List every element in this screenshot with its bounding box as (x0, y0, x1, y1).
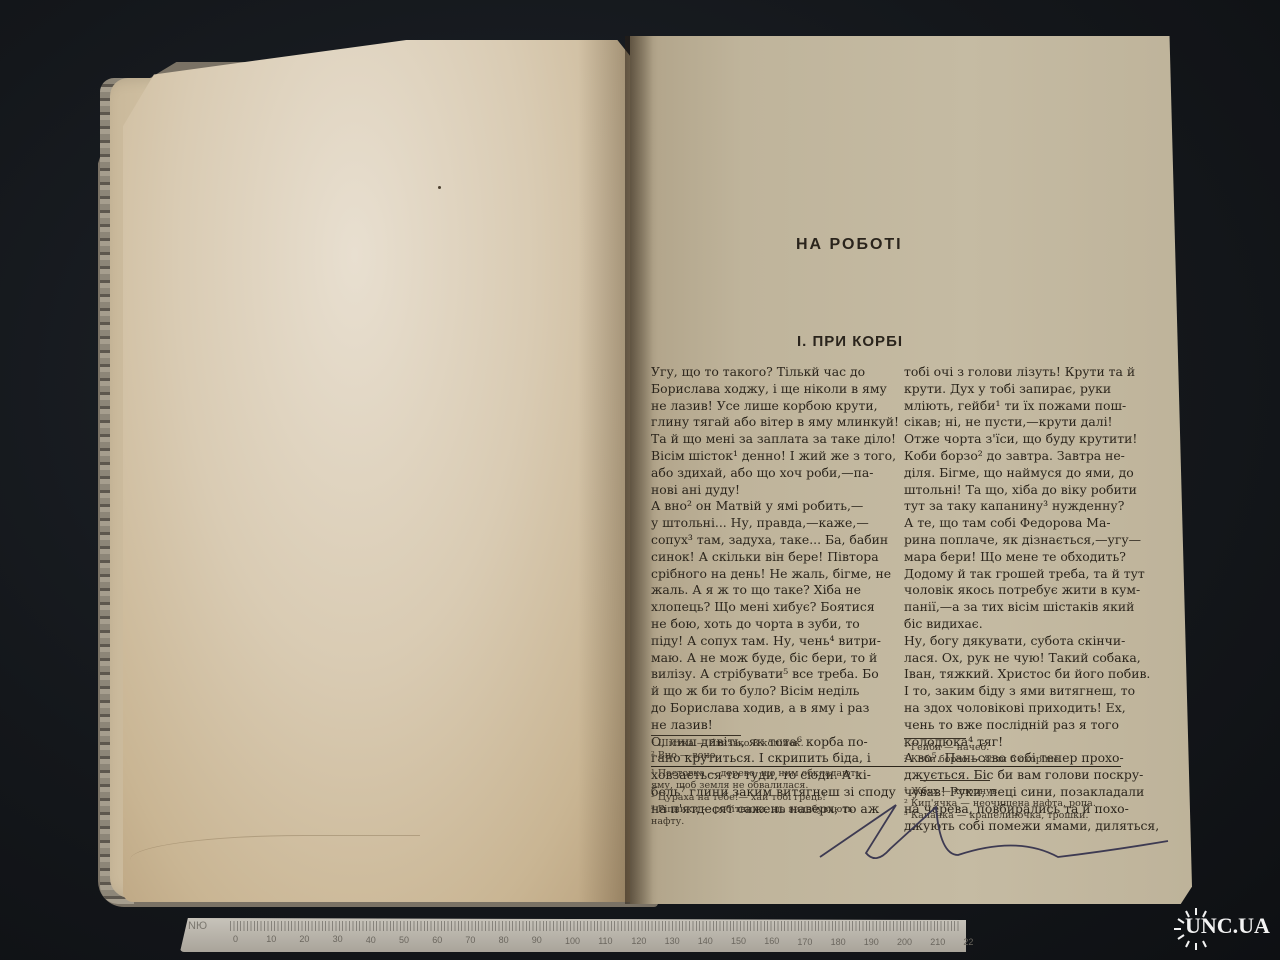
paper-speck (438, 186, 441, 189)
text-line: Вісім шісток¹ денно! І жий же з того, (651, 448, 893, 465)
text-line: ¹ Пастовка — дерево, що ним обкладають (651, 768, 896, 780)
text-line: глину тягай або вітер в яму млинкуй! (651, 414, 893, 431)
ruler-label: 180 (831, 937, 846, 947)
page-divider-line (651, 766, 1121, 767)
ruler-label: 190 (864, 937, 879, 947)
text-line: Та й що мені за заплата за таке діло! (651, 431, 893, 448)
ruler-ticks (230, 921, 960, 931)
text-line: Додому й так грошей треба, та й тут (904, 566, 1174, 583)
ruler-label: 60 (432, 935, 442, 945)
text-line: чоловік якось потребує жити в кум- (904, 582, 1174, 599)
text-line: біс видихає. (904, 616, 1174, 633)
text-line: до Борислава ходив, а в яму і раз (651, 700, 893, 717)
text-line: ¹ Гейби — начеб. (904, 742, 1164, 754)
text-line: Угу, що то такого? Тількй час до (651, 364, 893, 381)
text-line: діля. Бігме, що наймуся до ями, до (904, 465, 1174, 482)
text-line: крути. Дух у тобі запирає, руки (904, 381, 1174, 398)
text-line: маю. А не мож буде, біс бери, то й (651, 650, 893, 667)
text-line: сопух³ там, задуха, таке... Ба, бабин (651, 532, 893, 549)
text-line: Коби борзо² до завтра. Завтра не- (904, 448, 1174, 465)
text-line: тут за таку капанину³ нужденну? (904, 498, 1174, 515)
text-line: Іван, тяжкий. Христос би його побив. (904, 666, 1174, 683)
text-line: А вно² он Матвій у ямі робить,— (651, 498, 893, 515)
footnotes-right-top: ¹ Гейби — начеб.² Коби борзо — коли б ск… (904, 742, 1164, 766)
footnote-rule (920, 780, 990, 781)
text-line: А те, що там собі Федорова Ма- (904, 515, 1174, 532)
text-line: тобі очі з голови лізуть! Крути та й (904, 364, 1174, 381)
text-line: ¹ Шістка — близько 8 копійок. (651, 738, 891, 750)
ruler-label: 150 (731, 936, 746, 946)
ruler-label: 10 (266, 934, 276, 944)
footnote-rule (904, 738, 966, 739)
ruler-label: 110 (598, 936, 612, 946)
text-line: Отже чорта з'їси, що буду крутити! (904, 431, 1174, 448)
text-line: джується. Біс би вам голови поскру- (904, 767, 1174, 784)
text-line: Борислава ходжу, і ще ніколи в яму (651, 381, 893, 398)
ruler-label: 90 (532, 935, 542, 945)
text-line: або здихай, або що хоч роби,—па- (651, 465, 893, 482)
footnotes-left-top: ¹ Шістка — близько 8 копійок.² Вно — вон… (651, 738, 891, 762)
text-line: сікав; ні, не пусти,—крути далі! (904, 414, 1174, 431)
ruler-label: 20 (299, 934, 309, 944)
text-line: ² Коби борзо — коли б скоріше. (904, 754, 1164, 766)
text-line: Ну, богу дякувати, субота скінчи- (904, 633, 1174, 650)
text-line: лася. Ох, рук не чую! Такий собака, (904, 650, 1174, 667)
footnote-rule (651, 735, 741, 736)
ruler-label: 100 (565, 936, 580, 946)
text-line: мара бери! Що мене те обходить? (904, 549, 1174, 566)
text-line: на здох чоловікові приходить! Ех, (904, 700, 1174, 717)
text-line: І то, заким біду з ями витягнеш, то (904, 683, 1174, 700)
watermark-text: UNC.UA (1185, 913, 1270, 939)
text-line: синок! А скільки він бере! Півтора (651, 549, 893, 566)
gutter-shadow (625, 36, 653, 904)
text-line: чень то вже послідній раз я того (904, 717, 1174, 734)
text-line: штольні! Та що, хіба до віку робити (904, 482, 1174, 499)
chapter-heading: І. ПРИ КОРБІ (797, 333, 903, 350)
ruler-label: 130 (665, 936, 680, 946)
text-line: не бою, хоть до чорта в зуби, то (651, 616, 893, 633)
text-line: жаль. А я ж то що таке? Хіба не (651, 582, 893, 599)
text-line: у штольні... Ну, правда,—каже,— (651, 515, 893, 532)
ruler-label: 170 (797, 937, 812, 947)
text-line: не лазив! Усе лише корбою крути, (651, 398, 893, 415)
text-line: панії,—а за тих вісім шістаків який (904, 599, 1174, 616)
ruler-label: 210 (930, 937, 945, 947)
ruler-label: 22 (963, 937, 973, 947)
text-line: срібного на день! Не жаль, бігме, не (651, 566, 893, 583)
ruler-label: 40 (366, 935, 376, 945)
text-line: ² Вно — воно. (651, 750, 891, 762)
text-line: рина поплаче, як дізнається,—угу— (904, 532, 1174, 549)
ruler-label: 0 (233, 934, 238, 944)
text-line: не лазив! (651, 717, 893, 734)
text-line: мліють, гейби¹ ти їх пожами пош- (904, 398, 1174, 415)
ruler-label: 80 (499, 935, 509, 945)
section-title: НА РОБОТІ (796, 236, 903, 254)
ruler-label: 160 (764, 936, 779, 946)
ruler-label: 70 (465, 935, 475, 945)
ruler-label: 140 (698, 936, 713, 946)
ruler-label: 200 (897, 937, 912, 947)
handwritten-signature-icon (818, 785, 1178, 865)
text-line: хлопець? Що мені хибує? Боятися (651, 599, 893, 616)
text-line: нові ані дуду! (651, 482, 893, 499)
text-line: вилізу. А стрібувати⁵ все треба. Бо (651, 666, 893, 683)
ruler-label: 30 (333, 934, 343, 944)
ruler-label: 50 (399, 935, 409, 945)
text-line: піду! А сопух там. Ну, чень⁴ витри- (651, 633, 893, 650)
ruler-brand: NЮ (188, 920, 207, 932)
left-blank-page (123, 40, 638, 902)
text-line: й що ж би то було? Вісім неділь (651, 683, 893, 700)
ruler-label: 120 (631, 936, 646, 946)
